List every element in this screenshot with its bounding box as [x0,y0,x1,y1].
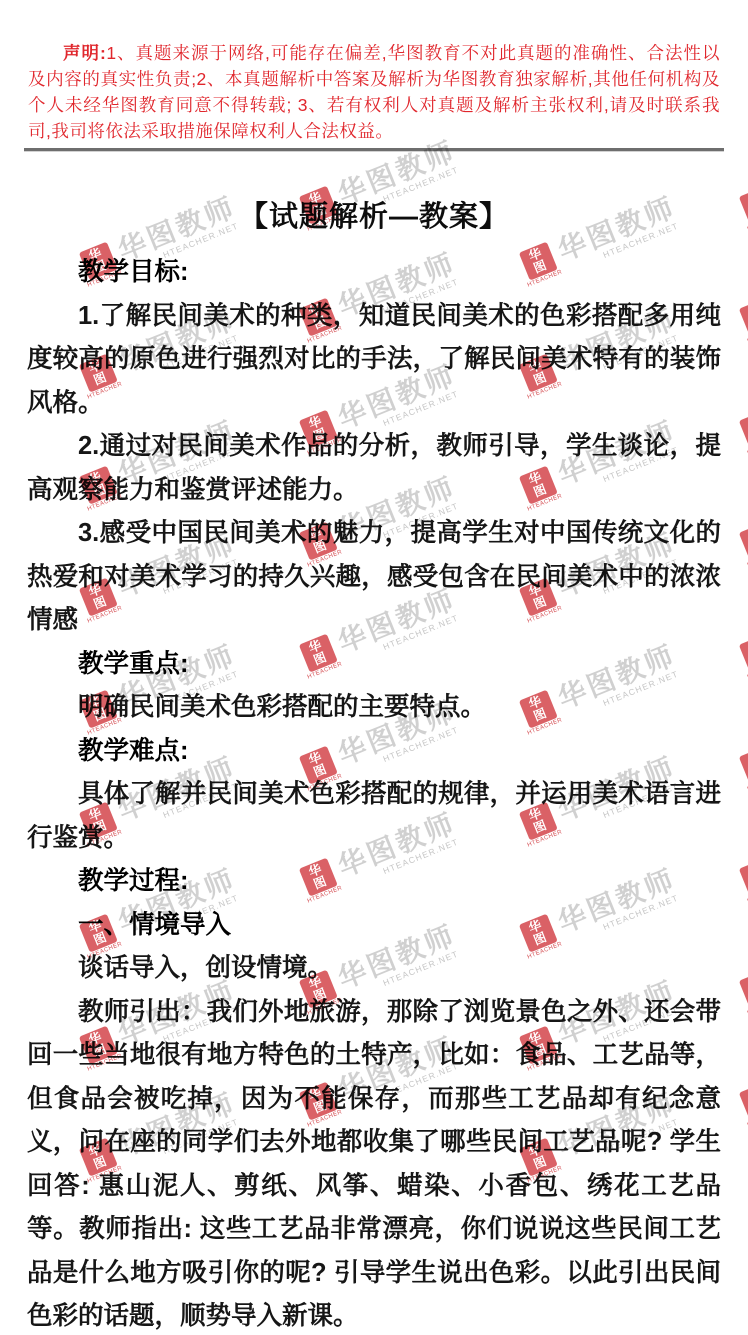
watermark-stamp: 华图HTEACHER华图教师HTEACHER.NET [735,696,748,794]
huatu-logo-icon: 华图HTEACHER [735,744,748,792]
section-heading: 教学重点: [27,643,721,687]
disclaimer-text: 1、真题来源于网络,可能存在偏差,华图教育不对此真题的准确性、合法性以及内容的真… [28,43,720,141]
document-body: 教学目标:1.了解民间美术的种类，知道民间美术的色彩搭配多用纯度较高的原色进行强… [27,251,721,1335]
huatu-logo-icon: 华图HTEACHER [735,408,748,456]
page-title: 【试题解析—教案】 [0,195,748,239]
body-paragraph: 3.感受中国民间美术的魅力，提高学生对中国传统文化的热爱和对美术学习的持久兴趣，… [27,512,721,643]
huatu-logo-icon: 华图HTEACHER [735,856,748,904]
document-page: 声明:1、真题来源于网络,可能存在偏差,华图教育不对此真题的准确性、合法性以及内… [0,0,748,1335]
body-paragraph: 2.通过对民间美术作品的分析，教师引导，学生谈论，提高观察能力和鉴赏评述能力。 [27,425,721,512]
watermark-stamp: 华图HTEACHER华图教师HTEACHER.NET [735,472,748,570]
watermark-stamp: 华图HTEACHER华图教师HTEACHER.NET [735,248,748,346]
section-heading: 教学过程: [27,860,721,904]
watermark-stamp: 华图HTEACHER华图教师HTEACHER.NET [735,808,748,906]
section-heading: 教学目标: [27,251,721,295]
watermark-stamp: 华图HTEACHER华图教师HTEACHER.NET [735,360,748,458]
watermark-stamp: 华图HTEACHER华图教师HTEACHER.NET [735,1032,748,1130]
section-heading: 教学难点: [27,730,721,774]
body-paragraph: 1.了解民间美术的种类，知道民间美术的色彩搭配多用纯度较高的原色进行强烈对比的手… [27,295,721,426]
huatu-logo-icon: 华图HTEACHER [735,520,748,568]
body-paragraph: 谈话导入，创设情境。 [27,947,721,991]
huatu-logo-icon: 华图HTEACHER [735,632,748,680]
body-paragraph: 具体了解并民间美术色彩搭配的规律，并运用美术语言进行鉴赏。 [27,773,721,860]
watermark-stamp: 华图HTEACHER华图教师HTEACHER.NET [735,920,748,1018]
header-divider [24,148,724,152]
section-heading: 一、情境导入 [27,904,721,948]
huatu-logo-icon: 华图HTEACHER [735,296,748,344]
huatu-logo-icon: 华图HTEACHER [735,1080,748,1128]
huatu-logo-icon: 华图HTEACHER [735,968,748,1016]
body-paragraph: 教师引出：我们外地旅游，那除了浏览景色之外、还会带回一些当地很有地方特色的土特产… [27,991,721,1335]
disclaimer-label: 声明: [63,43,106,63]
watermark-stamp: 华图HTEACHER华图教师HTEACHER.NET [735,584,748,682]
disclaimer: 声明:1、真题来源于网络,可能存在偏差,华图教育不对此真题的准确性、合法性以及内… [28,40,720,144]
body-paragraph: 明确民间美术色彩搭配的主要特点。 [27,686,721,730]
